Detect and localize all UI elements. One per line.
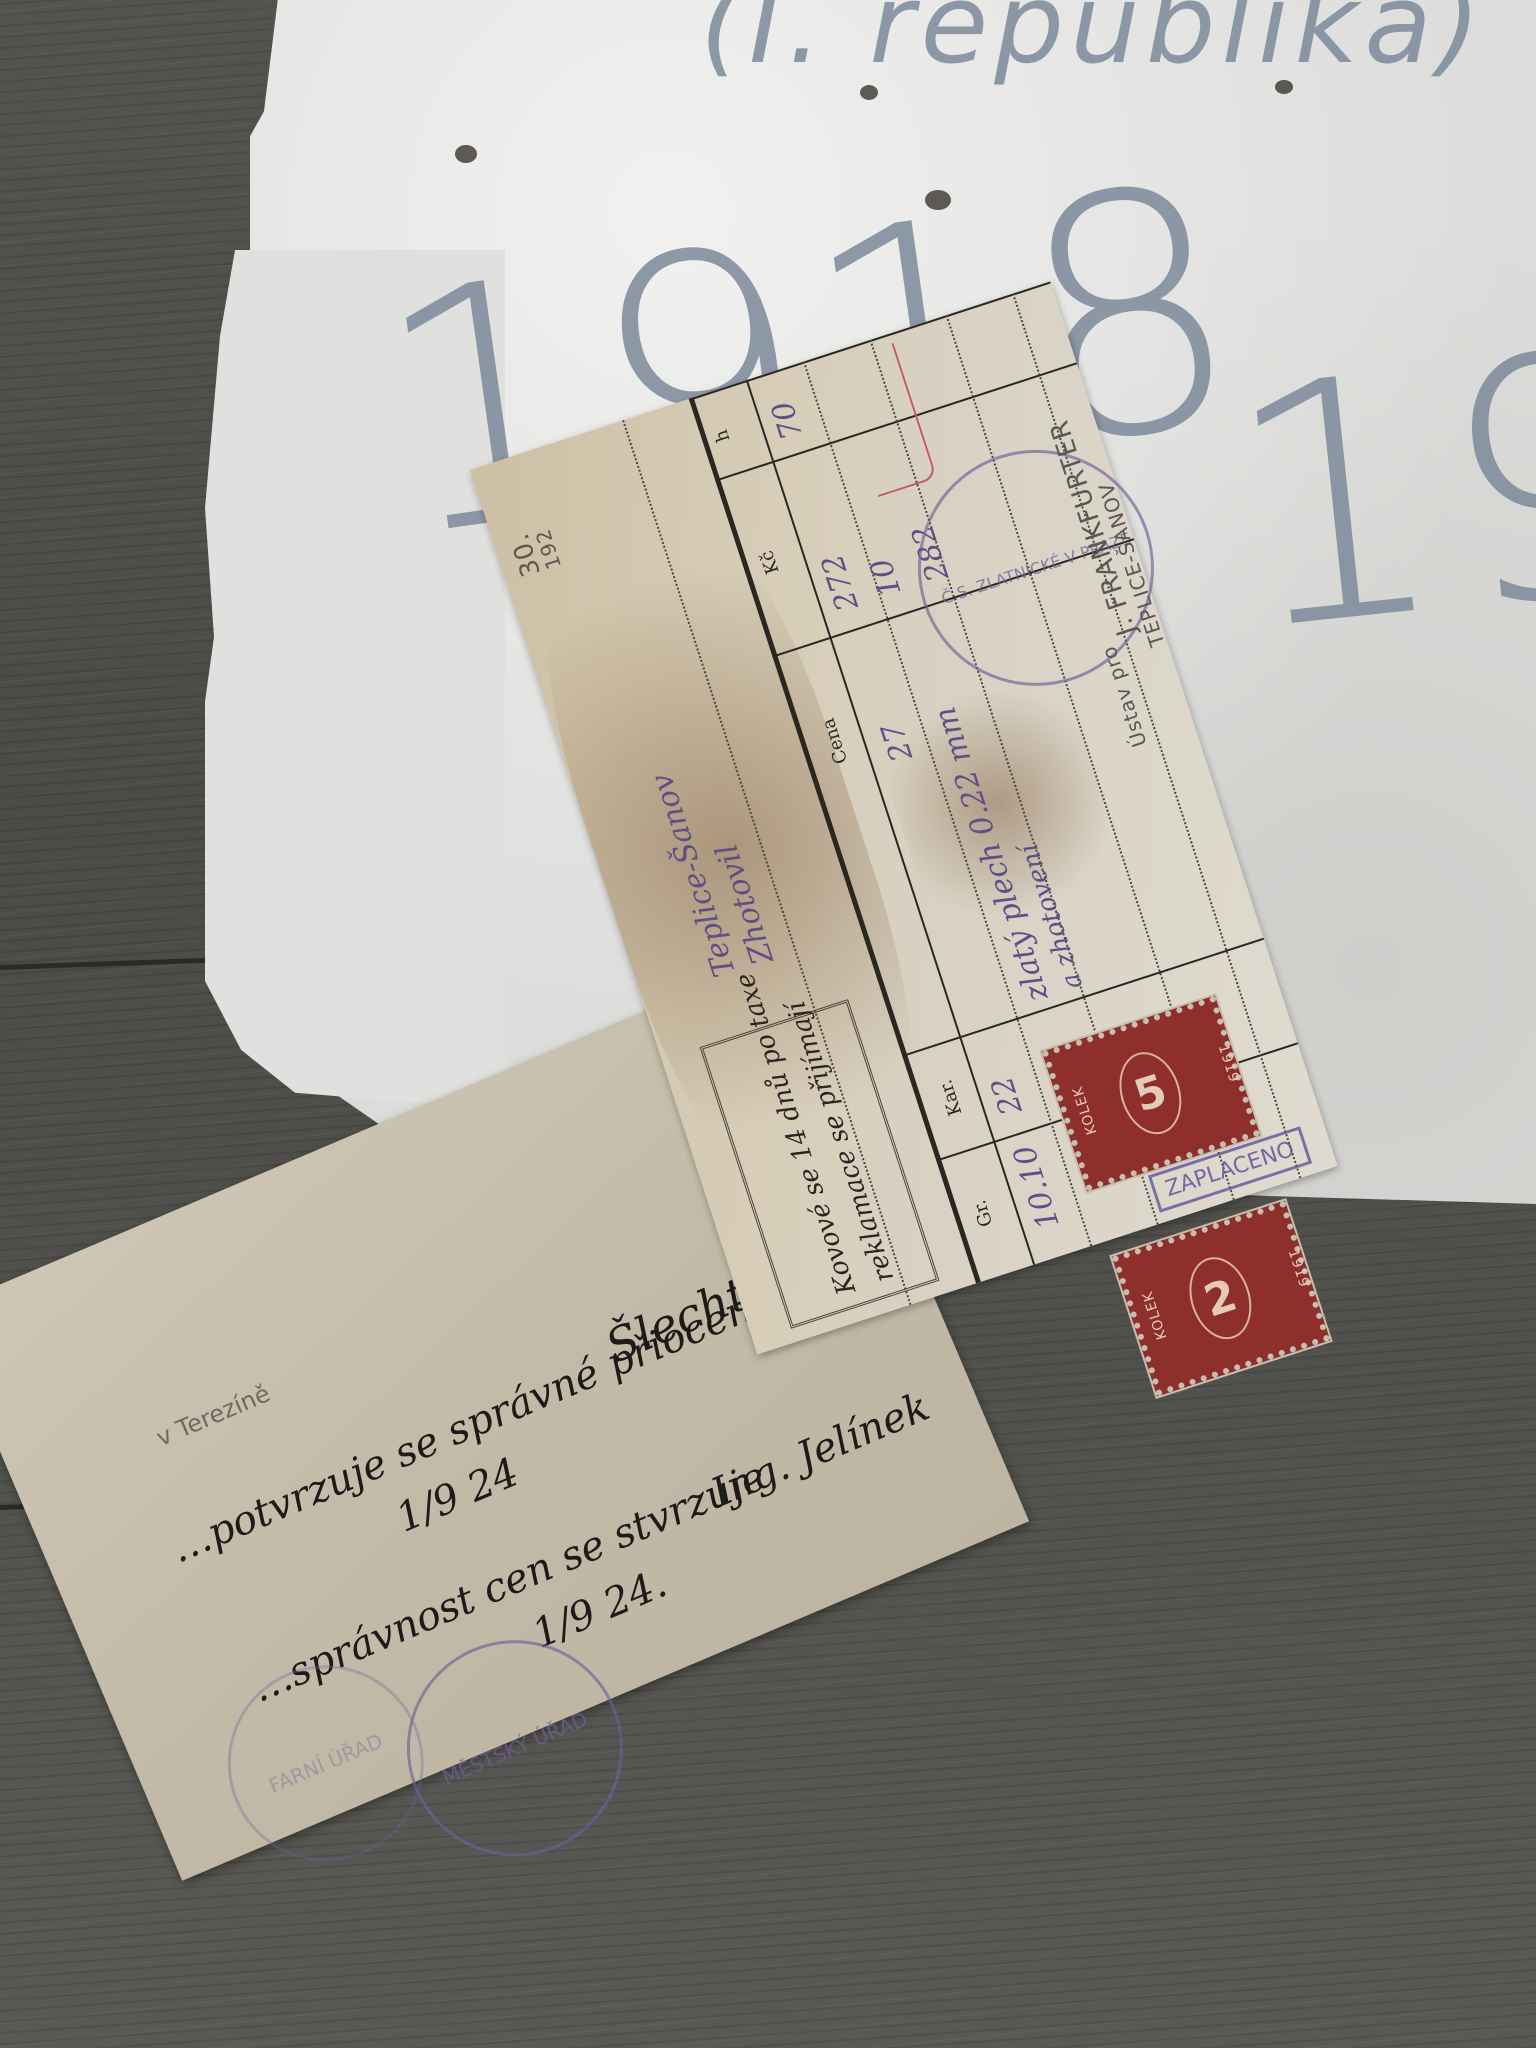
- municipal-signature-2: Ing. Jelínek: [705, 1384, 936, 1517]
- red-pencil-mark: [834, 343, 937, 497]
- pencil-year-right: 19: [1211, 278, 1536, 705]
- revenue-stamp-label: KOLEK: [1140, 1289, 1171, 1342]
- municipal-print-header: v Terezíně: [152, 1379, 274, 1452]
- dirt-speck: [860, 85, 878, 100]
- dirt-speck: [925, 190, 951, 210]
- column-label-kar: Kar.: [935, 1077, 966, 1118]
- amount-kc-2: 10: [864, 554, 909, 601]
- amount-kc-1: 272: [815, 550, 866, 615]
- pencil-note-republika: (I. republika): [700, 0, 1487, 88]
- revenue-stamp-value: 5: [1109, 1044, 1191, 1142]
- dirt-speck: [1275, 80, 1293, 94]
- column-label-kc: Kč: [756, 548, 783, 577]
- amount-h-1: 70: [765, 397, 810, 444]
- column-label-gr: Gr.: [969, 1197, 997, 1229]
- karat-value: 22: [985, 1072, 1030, 1119]
- dirt-speck: [455, 145, 477, 163]
- municipal-stamp-top-text: MĚSTSKÝ ÚŘAD: [439, 1707, 591, 1790]
- weight-value: 10.10: [1007, 1141, 1067, 1234]
- revenue-stamp-value: 2: [1179, 1249, 1261, 1347]
- column-label-h: h: [711, 427, 735, 445]
- revenue-stamp-label: KOLEK: [1070, 1084, 1101, 1137]
